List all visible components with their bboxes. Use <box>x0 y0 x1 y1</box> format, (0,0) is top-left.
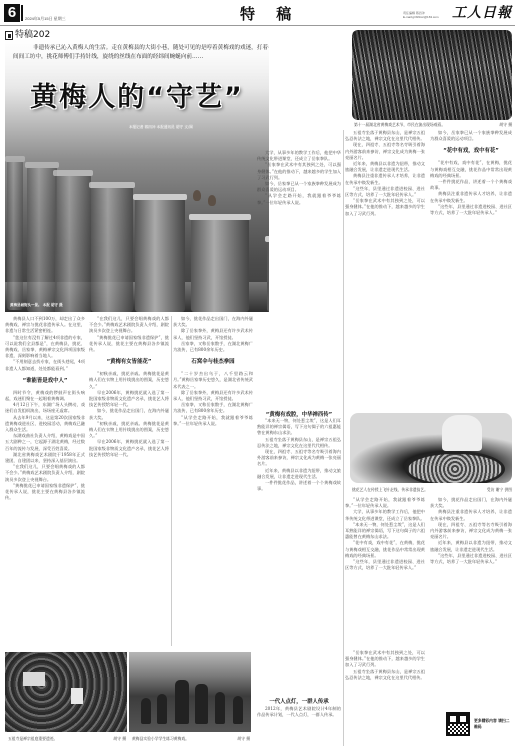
paragraph: 黄梅县注重非遗传承人才培养，让非遗在传承中焕发新生。 <box>345 173 425 185</box>
paragraph: 黄梅县人口不到100万，却走出了众多黄梅戏、禅宗与挑花非遗传承人。在这里，非遗与… <box>5 316 85 335</box>
headline: 黄梅人的“守艺” <box>5 82 269 114</box>
paragraph: 早在2006年，黄梅挑花就入选了第一批国家级非物质文化遗产名录，挑花艺人将技艺传… <box>89 439 169 458</box>
paragraph: 如今，挑花作品走出国门，在海内外屡获大奖。 <box>89 408 169 420</box>
paragraph: 五祖寺坐落于黄梅县东山，是禅宗五祖弘忍传法之地，禅宗文化在这里代代相传。 <box>345 669 425 681</box>
paragraph: 五祖寺坐落于黄梅县东山，是禅宗五祖弘忍传法之地，禅宗文化在这里代代相传。 <box>257 437 341 449</box>
craft-caption: 挑花艺人在传授上飞针走线，传承非遗技艺。 受访 谢宁 供图 <box>352 487 512 492</box>
stone-pillar <box>27 166 57 312</box>
temple-credit: 胡守 摄 <box>113 736 126 741</box>
article-column-9: “岳家拳在武术中有其独到之处，可以强身健体。”在他的推动下，越来越多的学生加入了… <box>345 650 425 746</box>
editor-email: E-mail:grrbhbcc@163.com <box>403 15 448 19</box>
students-photo <box>129 652 251 732</box>
article-column-2: “在我们这儿，只要会唱黄梅戏的人都不会少。”黄梅戏艺术剧院负责人介绍，剧院演员多… <box>89 316 169 646</box>
paragraph: 如今，挑花作品走出国门，在海内外屡获大奖。 <box>173 316 253 328</box>
paragraph: 大学，从事多年的教学工作后，他把中华传统文化带进课堂，还成立了岳家拳队。 <box>257 150 341 162</box>
temple-caption: 五祖寺是禅宗祖庭重要遗迹。 胡守 摄 <box>8 736 126 741</box>
temple-caption-text: 五祖寺是禅宗祖庭重要遗迹。 <box>8 736 57 741</box>
paragraph: “这些年，县里通过非遗进校园、进社区等方式，培养了一大批年轻传承人。” <box>430 204 512 216</box>
newspaper-logo: 工人日報 <box>452 5 512 21</box>
section-title: 特 稿 <box>240 6 299 22</box>
paragraph: 近年来，黄梅县以非遗为纽带，推动文旅融合发展，让非遗走进现代生活。 <box>257 468 341 480</box>
subhead: “谁能皆是戏中人” <box>5 377 85 385</box>
column-divider <box>171 316 172 646</box>
hero-caption: 黄梅县城街头一景。 本报 胡守 摄 <box>10 303 63 308</box>
paragraph: “黄梅挑花已申请国家级非遗保护”，挑花传承人说，挑花主要在黄梅县各乡镇流传。 <box>89 335 169 354</box>
column-divider <box>343 130 344 746</box>
paragraph: 4月12日下午，东湖广场人头攒动，戏迷们自发组织演出，场场座无虚席。 <box>5 402 85 414</box>
craft-caption-text: 挑花艺人在传授上飞针走线，传承非遗技艺。 <box>352 487 428 492</box>
stone-pillar <box>191 218 249 312</box>
paragraph: “本来无一物，何处惹尘埃”，这是人们耳熟能详的禅宗偈语，写下这句偈子的六祖惠能曾… <box>257 418 341 437</box>
paragraph: 近年来，黄梅县以非遗为纽带，推动文旅融合发展，让非遗走进现代生活。 <box>430 540 512 552</box>
paragraph: 岳家拳，又称岳家散手，在湖北黄梅广为流传，已有800余年历史。 <box>173 341 253 353</box>
paragraph: 现在，四祖寺、五祖寺等名寺吸引着海内外游客前来参访，禅宗文化成为黄梅一张亮丽名片… <box>430 522 512 541</box>
temple-photo <box>5 652 127 732</box>
paragraph: 如今，岳家拳已从一个家族拳种发展成为群众喜爱的运动项目。 <box>430 130 512 142</box>
craft-photo <box>350 413 512 483</box>
paragraph: 如今，岳家拳已从一个家族拳种发展成为群众喜爱的运动项目。 <box>257 181 341 193</box>
issue-date: 2024年5月15日 星期三 <box>25 16 66 21</box>
stone-pillar <box>91 186 133 312</box>
paragraph: 除了岳家拳外，黄梅县还有许多武术传承人，他们坚持习武，开馆授徒。 <box>173 328 253 340</box>
paragraph: 近年来，黄梅县以非遗为纽带，推动文旅融合发展，让非遗走进现代生活。 <box>345 161 425 173</box>
paragraph: “初秋亲戚，挑花亲戚。黄梅挑花是黄梅人们在衣物上用针线挑出的图案，历史悠久。” <box>89 371 169 390</box>
students-caption: 黄梅县实验小学学生练习黄梅戏。 胡守 摄 <box>132 736 250 741</box>
paragraph: 一件件挑花作品，讲述着一个个黄梅戏故事。 <box>430 179 512 191</box>
paragraph: 2012年，黄梅县艺术剧院设计4年制的作品传承计划，一代人点灯，一群人传承。 <box>257 706 341 718</box>
paragraph: “花中有戏，戏中有花”，在黄梅，挑花与黄梅戏相互交融，挑花作品中常常出现黄梅戏的… <box>430 160 512 179</box>
paragraph: 湖北省黄梅戏艺术剧院于1958年正式建团，自建团以来，坚持深入基层演出。 <box>5 452 85 464</box>
crowd-photo <box>352 30 512 120</box>
paragraph: 黄梅县注重非遗传承人才培养，让非遗在传承中焕发新生。 <box>430 509 512 521</box>
paragraph: “黄梅挑花已申请国家级非遗保护”，挑花传承人说，挑花主要在黄梅县各乡镇流传。 <box>5 483 85 502</box>
paragraph: 从去年9月以来，这是第20次国家级非遗黄梅戏进社区、进校园活动，黄梅戏已融入群众… <box>5 415 85 434</box>
hero-photo: 非遗传承已沁入黄梅人的生活。走在黄梅县的大街小巷，随处可见的是哼着黄梅戏的戏迷，… <box>5 40 269 312</box>
masthead: 6 2024年5月15日 星期三 特 稿 责任编辑 蒋四冲 E-mail:grr… <box>0 0 515 26</box>
article-column-5: 五祖寺坐落于黄梅县东山，是禅宗五祖弘忍传法之地，禅宗文化在这里代代相传。 现在，… <box>345 130 425 410</box>
page-number: 6 <box>4 4 20 22</box>
lead-paragraph: 非遗传承已沁入黄梅人的生活。走在黄梅县的大街小巷，随处可见的是哼着黄梅戏的戏迷，… <box>13 44 269 62</box>
paragraph: 如今，挑花作品走出国门，在海内外屡获大奖。 <box>430 497 512 509</box>
bird <box>208 195 216 206</box>
subhead: “花中有戏，戏中有花” <box>430 147 512 155</box>
subhead: “黄梅有女皆能花” <box>89 358 169 366</box>
paragraph: “在我们这儿，只要会唱黄梅戏的人都不会少。”黄梅戏艺术剧院负责人介绍，剧院演员多… <box>5 464 85 483</box>
students-caption-text: 黄梅县实验小学学生练习黄梅戏。 <box>132 736 189 741</box>
paragraph: 现在，四祖寺、五祖寺等名寺吸引着海内外游客前来参访，禅宗文化成为黄梅一张亮丽名片… <box>345 142 425 161</box>
paragraph: “这些年，县里通过非遗进校园、进社区等方式，培养了一大批年轻传承人。” <box>345 559 425 571</box>
qr-code[interactable] <box>446 712 470 736</box>
paragraph: 岳家拳，又称岳家散手，在湖北黄梅广为流传，已有800余年历史。 <box>173 402 253 414</box>
paragraph: 除了岳家拳外，黄梅县还有许多武术传承人，他们坚持习武，开馆授徒。 <box>173 390 253 402</box>
paragraph: “岳家拳在武术中有其独到之处，可以强身健体。”在他的推动下，越来越多的学生加入了… <box>257 162 341 181</box>
article-column-6: 如今，岳家拳已从一个家族拳种发展成为群众喜爱的运动项目。 “花中有戏，戏中有花”… <box>430 130 512 410</box>
paragraph: “这些年，县里通过非遗进校园、进社区等方式，培养了一大批年轻传承人。” <box>430 553 512 565</box>
column-tag-icon <box>5 31 13 40</box>
paragraph: “在我们这儿，只要会唱黄梅戏的人都不会少。”黄梅戏艺术剧院负责人介绍，剧院演员多… <box>89 316 169 335</box>
paragraph: “从学会走路开始，我就跟着爷爷练拳。”一位年轻传承人说。 <box>345 497 425 509</box>
paragraph: 黄梅县注重非遗传承人才培养，让非遗在传承中焕发新生。 <box>430 191 512 203</box>
paragraph: “二十岁杰出乌于，八千里路云和月。”黄梅岳家拳历史悠久，是湖北省传统武术代表之一… <box>173 371 253 390</box>
subhead: 一代人点灯，一群人传承 <box>257 698 341 706</box>
paragraph: “岳家拳在武术中有其独到之处，可以强身健体。”在他的推动下，越来越多的学生加入了… <box>345 198 425 217</box>
paragraph: “从学会走路开始，我就跟着爷爷练拳。”一位年轻传承人说。 <box>173 415 253 427</box>
qr-label: 更多精彩内容 请扫二维码 <box>474 718 512 730</box>
article-column-3: 如今，挑花作品走出国门，在海内外屡获大奖。 除了岳家拳外，黄梅县还有许多武术传承… <box>173 316 253 646</box>
crowd-credit: 胡守 摄 <box>499 122 512 127</box>
article-column-8: 如今，挑花作品走出国门，在海内外屡获大奖。 黄梅县注重非遗传承人才培养，让非遗在… <box>430 497 512 702</box>
article-column-4: 大学，从事多年的教学工作后，他把中华传统文化带进课堂，还成立了岳家拳队。 “岳家… <box>257 150 341 410</box>
craft-credit: 受访 谢宁 供图 <box>487 487 512 492</box>
paragraph: “这些年，县里通过非遗进校园、进社区等方式，培养了一大批年轻传承人。” <box>345 186 425 198</box>
stone-pillar <box>55 174 91 312</box>
stone-pillar <box>135 198 185 312</box>
subhead: 石窝伞与桂杰拳园 <box>173 358 253 366</box>
students-credit: 胡守 摄 <box>237 736 250 741</box>
paragraph: 四时节令，黄梅戏的锣鼓声在街头响起，戏迷们聚在一起唱着黄梅调。 <box>5 390 85 402</box>
paragraph: “从学会走路开始，我就跟着爷爷练拳。”一位年轻传承人说。 <box>257 193 341 205</box>
paragraph: 一件件挑花作品，讲述着一个个黄梅戏故事。 <box>257 480 341 492</box>
paragraph: “初秋亲戚，挑花亲戚。黄梅挑花是黄梅人们在衣物上用针线挑出的图案，历史悠久。” <box>89 421 169 440</box>
paragraph: 早在2006年，黄梅挑花就入选了第一批国家级非物质文化遗产名录，挑花艺人将技艺传… <box>89 390 169 409</box>
paragraph: “不用刻意去找专家，在街头巷尾，4项非遗人人都知道，处处都能看到。” <box>5 359 85 371</box>
stone-pillar <box>7 160 23 310</box>
paragraph: 现在，四祖寺、五祖寺等名寺吸引着海内外游客前来参访，禅宗文化成为黄梅一张亮丽名片… <box>257 449 341 468</box>
editor-info: 责任编辑 蒋四冲 E-mail:grrbhbcc@163.com <box>403 11 448 19</box>
bird <box>193 190 201 201</box>
article-column-1: 黄梅县人口不到100万，却走出了众多黄梅戏、禅宗与挑花非遗传承人。在这里，非遗与… <box>5 316 85 646</box>
paragraph: 东湖戏曲社负责人介绍，黄梅戏是中国五大剧种之一，它起源于湖北黄梅，经过数百年的流… <box>5 433 85 452</box>
article-column-7: “从学会走路开始，我就跟着爷爷练拳。”一位年轻传承人说。 大学，从事多年的教学工… <box>345 497 425 647</box>
article-column-4b: “本来无一物，何处惹尘埃”，这是人们耳熟能详的禅宗偈语，写下这句偈子的六祖惠能曾… <box>257 418 341 688</box>
byline: 本报记者 蒋四冲 本报通讯员 胡守 文/图 <box>129 125 193 130</box>
crowd-caption-text: 第十一届湖北省黄梅戏艺术节，市民在演出现场观看。 <box>354 122 445 127</box>
paragraph: “本来无一物，何处惹尘埃”，这是人们耳熟能详的禅宗偈语，写下这句偈子的六祖惠能曾… <box>345 522 425 541</box>
paragraph: “花中有戏，戏中有花”，在黄梅，挑花与黄梅戏相互交融，挑花作品中常常出现黄梅戏的… <box>345 540 425 559</box>
paragraph: 五祖寺坐落于黄梅县东山，是禅宗五祖弘忍传法之地，禅宗文化在这里代代相传。 <box>345 130 425 142</box>
crowd-caption: 第十一届湖北省黄梅戏艺术节，市民在演出现场观看。 胡守 摄 <box>354 122 512 127</box>
paragraph: “岳家拳在武术中有其独到之处，可以强身健体。”在他的推动下，越来越多的学生加入了… <box>345 650 425 669</box>
article-column-4c: 2012年，黄梅县艺术剧院设计4年制的作品传承计划，一代人点灯，一群人传承。 <box>257 706 341 746</box>
page-number-bar <box>21 5 23 21</box>
paragraph: 大学，从事多年的教学工作后，他把中华传统文化带进课堂，还成立了岳家拳队。 <box>345 509 425 521</box>
paragraph: “您这位有没有了解过4项非遗的专家，可以说我们全县都是”，在黄梅县，挑花、黄梅戏… <box>5 335 85 360</box>
